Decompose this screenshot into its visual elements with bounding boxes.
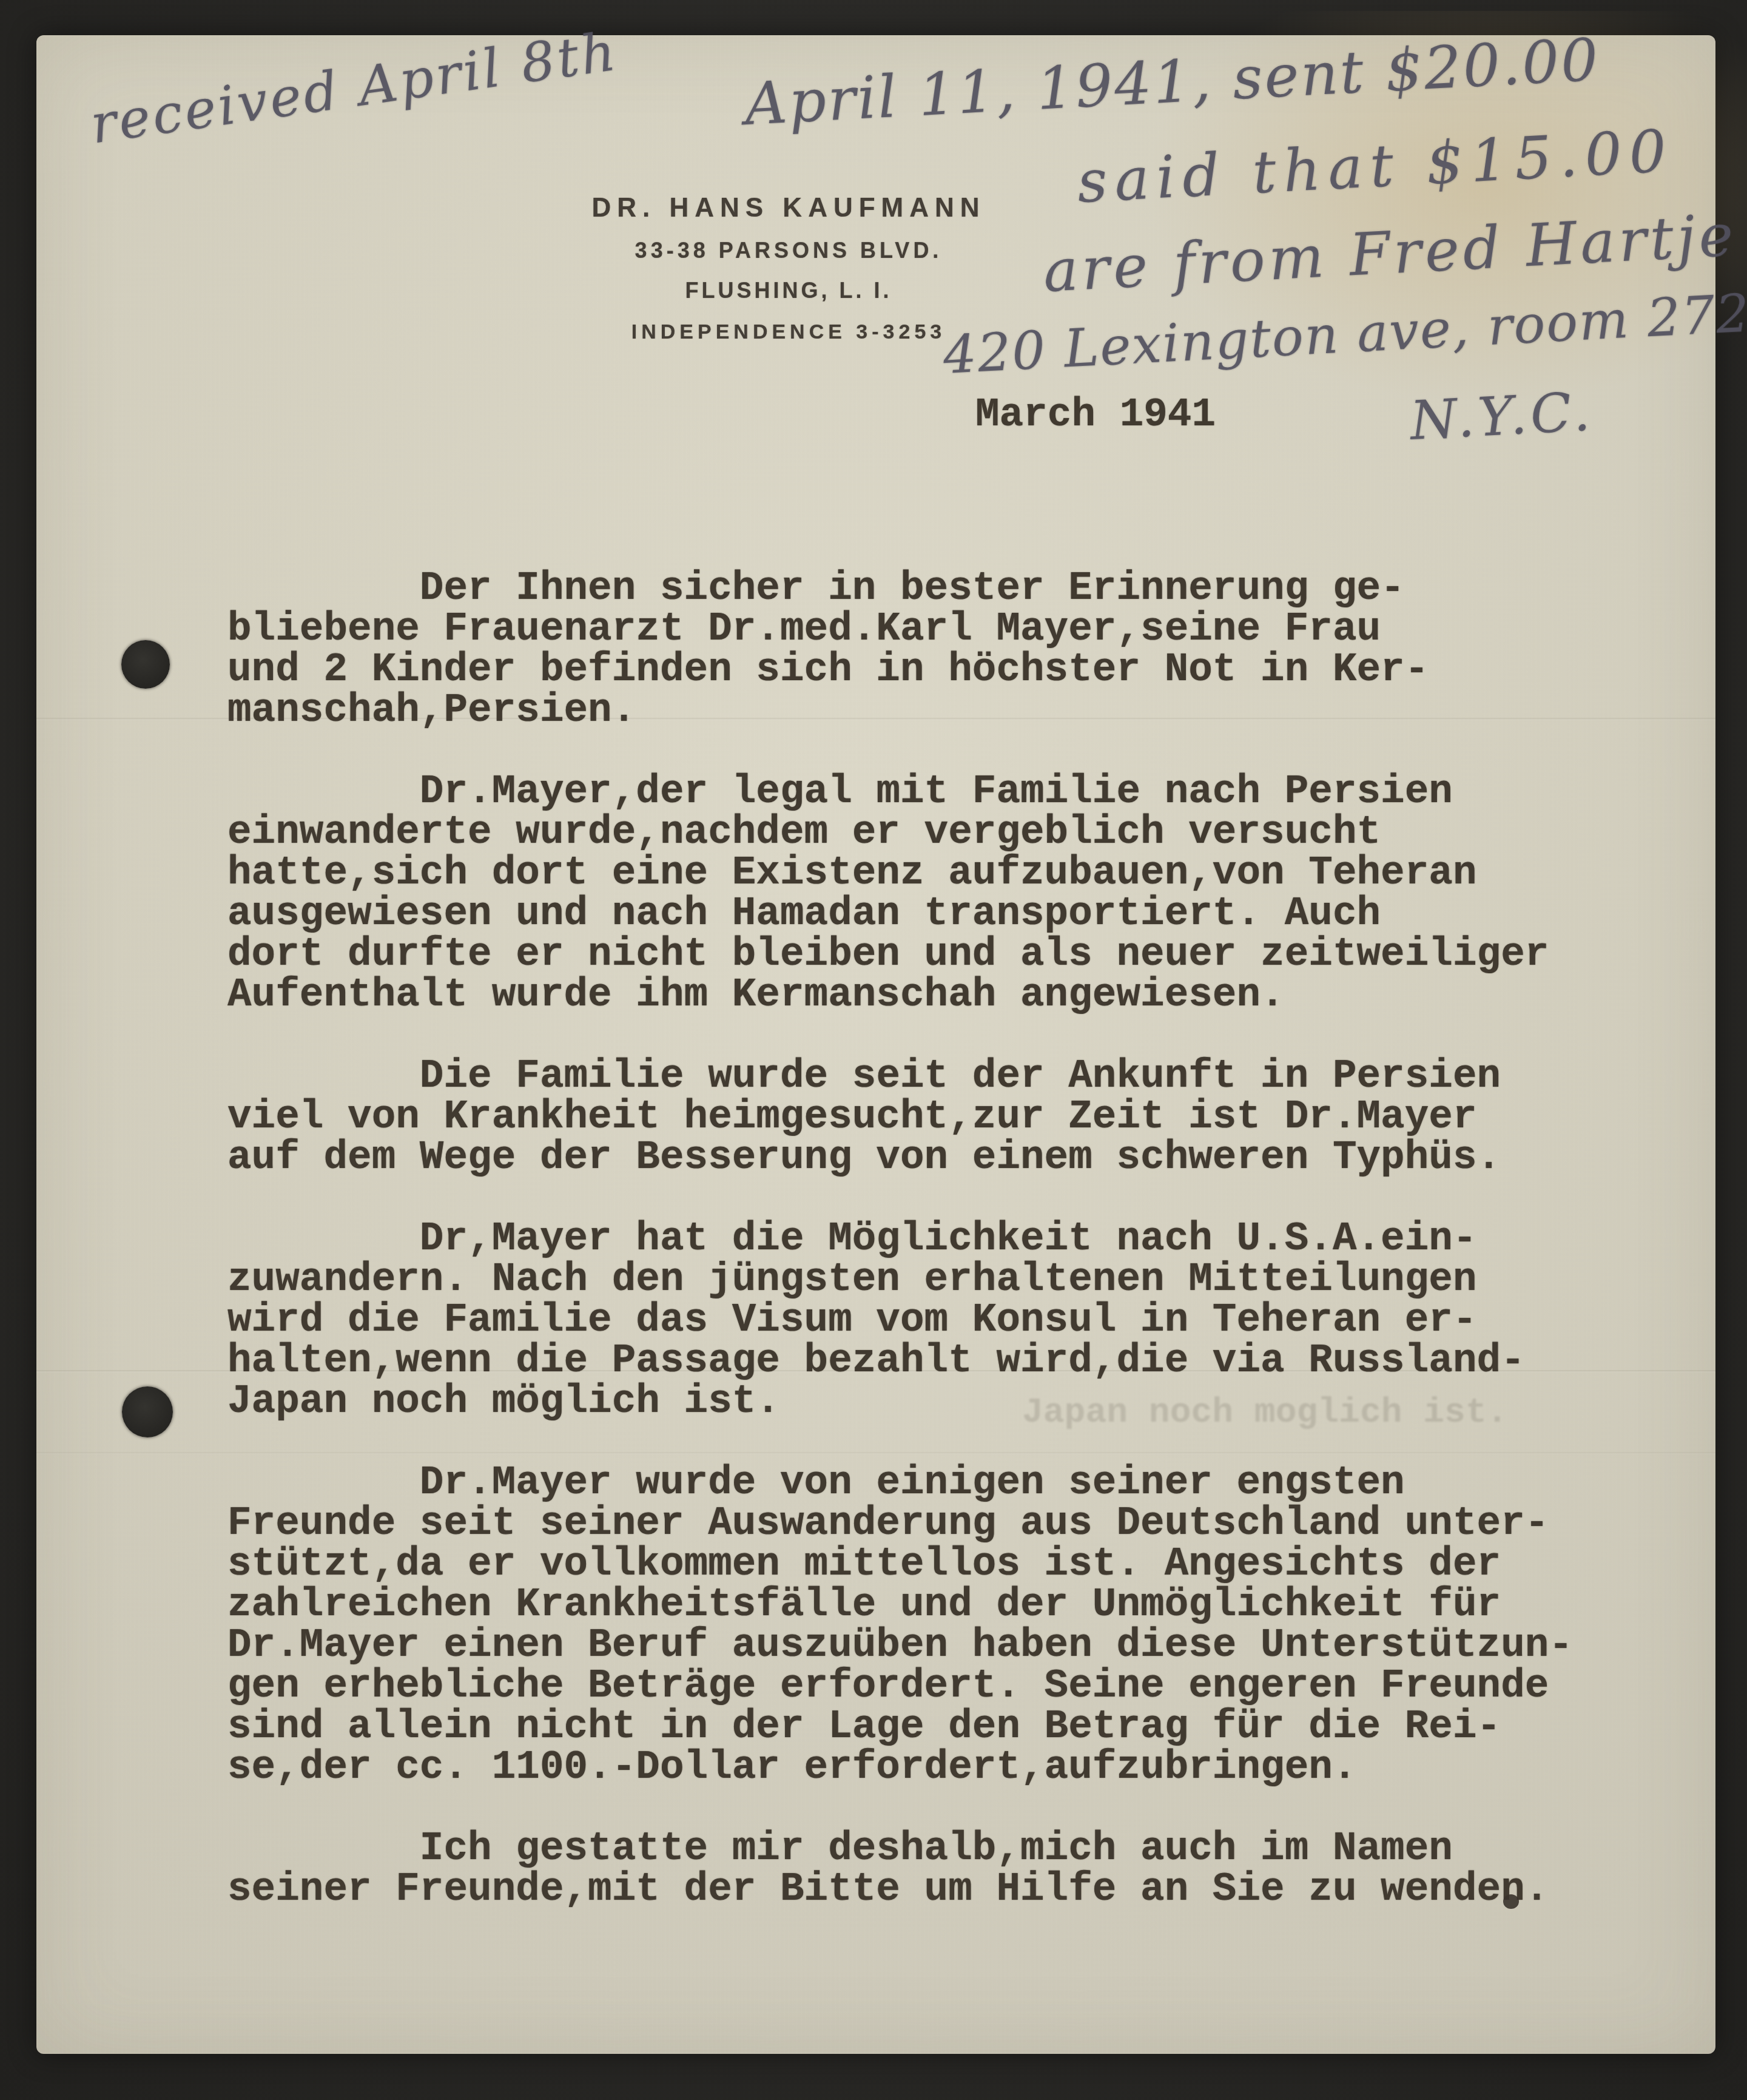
paper-speck <box>1503 1894 1519 1909</box>
letterhead-name: DR. HANS KAUFMANN <box>591 195 985 221</box>
letterhead-street: 33-38 PARSONS BLVD. <box>591 240 985 262</box>
pencil-note-received-date: received April 8th <box>87 20 622 156</box>
pencil-note-city: N.Y.C. <box>1409 380 1595 452</box>
punch-hole <box>121 640 170 689</box>
punch-hole <box>122 1386 173 1437</box>
letterhead-city: FLUSHING, L. I. <box>591 280 985 302</box>
letter-paper: received April 8th April 11, 1941, sent … <box>36 35 1715 2054</box>
letter-paragraph: Die Familie wurde seit der Ankunft in Pe… <box>227 1056 1598 1178</box>
pencil-note-said-amount: said that $15.00 <box>1075 117 1675 216</box>
letter-paragraph: Der Ihnen sicher in bester Erinnerung ge… <box>227 568 1598 731</box>
pencil-note-sent-amount: April 11, 1941, sent $20.00 <box>743 25 1601 138</box>
letter-paragraph: Ich gestatte mir deshalb,mich auch im Na… <box>227 1828 1598 1909</box>
letterhead: DR. HANS KAUFMANN 33-38 PARSONS BLVD. FL… <box>591 195 985 342</box>
letter-paragraph: Dr,Mayer hat die Möglichkeit nach U.S.A.… <box>227 1218 1598 1422</box>
letter-paragraph: Dr.Mayer,der legal mit Familie nach Pers… <box>227 771 1598 1015</box>
date-line: March 1941 <box>975 394 1216 435</box>
letter-paragraph: Dr.Mayer wurde von einigen seiner engste… <box>227 1462 1598 1788</box>
letter-body: Der Ihnen sicher in bester Erinnerung ge… <box>227 568 1598 1950</box>
letterhead-phone: INDEPENDENCE 3-3253 <box>591 322 985 342</box>
